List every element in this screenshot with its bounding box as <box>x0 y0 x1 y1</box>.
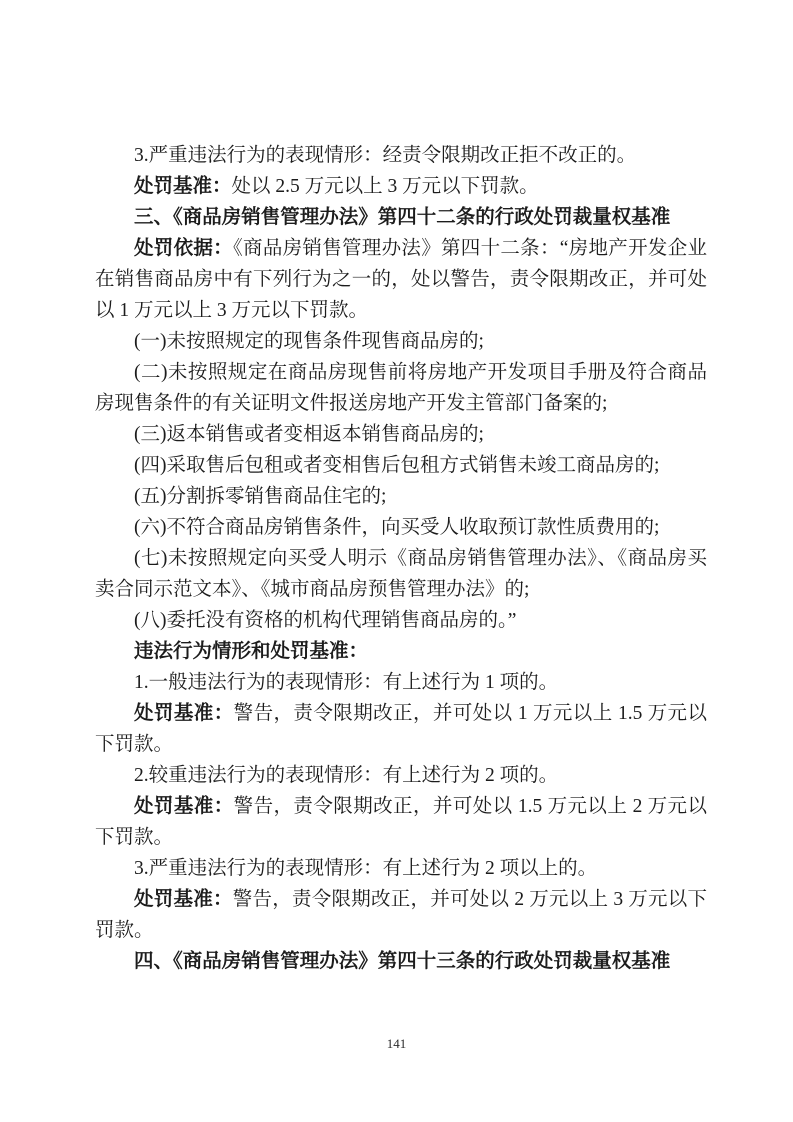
paragraph-text: (四)采取售后包租或者变相售后包租方式销售未竣工商品房的; <box>134 455 659 476</box>
paragraph-text: 2.较重违法行为的表现情形：有上述行为 2 项的。 <box>134 765 558 786</box>
document-body: 3.严重违法行为的表现情形：经责令限期改正拒不改正的。 处罚基准：处以 2.5 … <box>95 140 707 977</box>
penalty-standard-label: 处罚基准： <box>134 889 233 910</box>
penalty-standard-label: 处罚基准： <box>134 176 232 197</box>
paragraph-text: 1.一般违法行为的表现情形：有上述行为 1 项的。 <box>134 672 558 693</box>
paragraph-text: 3.严重违法行为的表现情形：有上述行为 2 项以上的。 <box>134 858 597 879</box>
list-item-5: (五)分割拆零销售商品住宅的; <box>95 481 707 512</box>
paragraph-text: (一)未按照规定的现售条件现售商品房的; <box>134 331 484 352</box>
penalty-basis-label: 处罚依据： <box>134 238 233 259</box>
paragraph-text: 处以 2.5 万元以上 3 万元以下罚款。 <box>232 176 539 197</box>
paragraph-text: (七)未按照规定向买受人明示《商品房销售管理办法》、《商品房买卖合同示范文本》、… <box>95 548 707 600</box>
penalty-standard-label: 处罚基准： <box>134 703 234 724</box>
paragraph-penalty-standard: 处罚基准：警告，责令限期改正，并可处以 2 万元以上 3 万元以下罚款。 <box>95 884 707 946</box>
paragraph-severe-violation: 3.严重违法行为的表现情形：有上述行为 2 项以上的。 <box>95 853 707 884</box>
paragraph-text: 3.严重违法行为的表现情形：经责令限期改正拒不改正的。 <box>134 145 636 166</box>
list-item-7: (七)未按照规定向买受人明示《商品房销售管理办法》、《商品房买卖合同示范文本》、… <box>95 543 707 605</box>
document-page: 3.严重违法行为的表现情形：经责令限期改正拒不改正的。 处罚基准：处以 2.5 … <box>0 0 793 1122</box>
paragraph-penalty-basis: 处罚依据：《商品房销售管理办法》第四十二条：“房地产开发企业在销售商品房中有下列… <box>95 233 707 326</box>
paragraph-text: (八)委托没有资格的机构代理销售商品房的。” <box>134 610 516 631</box>
list-item-3: (三)返本销售或者变相返本销售商品房的; <box>95 419 707 450</box>
list-item-6: (六)不符合商品房销售条件，向买受人收取预订款性质费用的; <box>95 512 707 543</box>
list-item-1: (一)未按照规定的现售条件现售商品房的; <box>95 326 707 357</box>
page-number: 141 <box>0 1036 793 1052</box>
paragraph-text: (二)未按照规定在商品房现售前将房地产开发项目手册及符合商品房现售条件的有关证明… <box>95 362 707 414</box>
subheading-violation-standards: 违法行为情形和处罚基准： <box>95 636 707 667</box>
paragraph-penalty-standard: 处罚基准：处以 2.5 万元以上 3 万元以下罚款。 <box>95 171 707 202</box>
paragraph-general-violation: 1.一般违法行为的表现情形：有上述行为 1 项的。 <box>95 667 707 698</box>
list-item-4: (四)采取售后包租或者变相售后包租方式销售未竣工商品房的; <box>95 450 707 481</box>
section-heading-four: 四、《商品房销售管理办法》第四十三条的行政处罚裁量权基准 <box>95 946 707 977</box>
paragraph-text: (五)分割拆零销售商品住宅的; <box>134 486 386 507</box>
paragraph-severe-violation: 3.严重违法行为的表现情形：经责令限期改正拒不改正的。 <box>95 140 707 171</box>
list-item-2: (二)未按照规定在商品房现售前将房地产开发项目手册及符合商品房现售条件的有关证明… <box>95 357 707 419</box>
section-heading-three: 三、《商品房销售管理办法》第四十二条的行政处罚裁量权基准 <box>95 202 707 233</box>
paragraph-text: (三)返本销售或者变相返本销售商品房的; <box>134 424 484 445</box>
paragraph-text: (六)不符合商品房销售条件，向买受人收取预订款性质费用的; <box>134 517 659 538</box>
paragraph-penalty-standard: 处罚基准：警告，责令限期改正，并可处以 1.5 万元以上 2 万元以下罚款。 <box>95 791 707 853</box>
paragraph-serious-violation: 2.较重违法行为的表现情形：有上述行为 2 项的。 <box>95 760 707 791</box>
list-item-8: (八)委托没有资格的机构代理销售商品房的。” <box>95 605 707 636</box>
paragraph-penalty-standard: 处罚基准：警告，责令限期改正，并可处以 1 万元以上 1.5 万元以下罚款。 <box>95 698 707 760</box>
penalty-standard-label: 处罚基准： <box>134 796 234 817</box>
